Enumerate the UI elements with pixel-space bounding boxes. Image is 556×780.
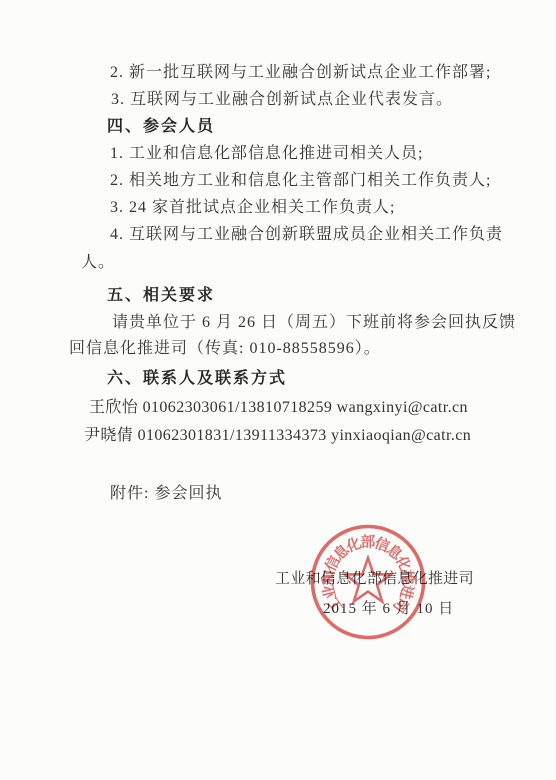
scanned-notice-page: 2. 新一批互联网与工业融合创新试点企业工作部署; 3. 互联网与工业融合创新试… [0,0,556,780]
contact-entry-2: 尹晓倩 01062301831/13911334373 yinxiaoqian@… [84,426,471,446]
participants-item-2: 2. 相关地方工业和信息化主管部门相关工作负责人; [110,171,491,191]
signature-org: 工业和信息化部信息化推进司 [275,569,474,589]
section-heading-contacts: 六、联系人及联系方式 [107,369,287,389]
seal-char: 化 [343,533,364,556]
contact-entry-1: 王欣怡 01062303061/13810718259 wangxinyi@ca… [89,398,468,418]
section-heading-participants: 四、参会人员 [107,117,215,137]
participants-item-4-continuation: 人。 [81,253,115,273]
section-heading-requirements: 五、相关要求 [107,286,215,306]
participants-item-1: 1. 工业和信息化部信息化推进司相关人员; [110,144,423,164]
participants-item-3: 3. 24 家首批试点企业相关工作负责人; [110,198,395,218]
signature-date: 2015 年 6 月 10 日 [323,599,454,619]
seal-char: 息 [330,540,353,563]
seal-char: 息 [383,541,406,564]
participants-item-4: 4. 互联网与工业融合创新联盟成员企业相关工作负责 [110,225,503,245]
seal-char: 部 [361,533,376,551]
requirements-line-2: 回信息化推进司（传真: 010-88558596）。 [69,339,381,359]
attachment-note: 附件: 参会回执 [110,484,222,504]
agenda-item-3: 3. 互联网与工业融合创新试点企业代表发言。 [111,90,453,110]
requirements-line-1: 请贵单位于 6 月 26 日（周五）下班前将参会回执反馈 [112,313,516,333]
seal-char: 信 [372,534,392,556]
agenda-item-2: 2. 新一批互联网与工业融合创新试点企业工作部署; [110,63,491,83]
